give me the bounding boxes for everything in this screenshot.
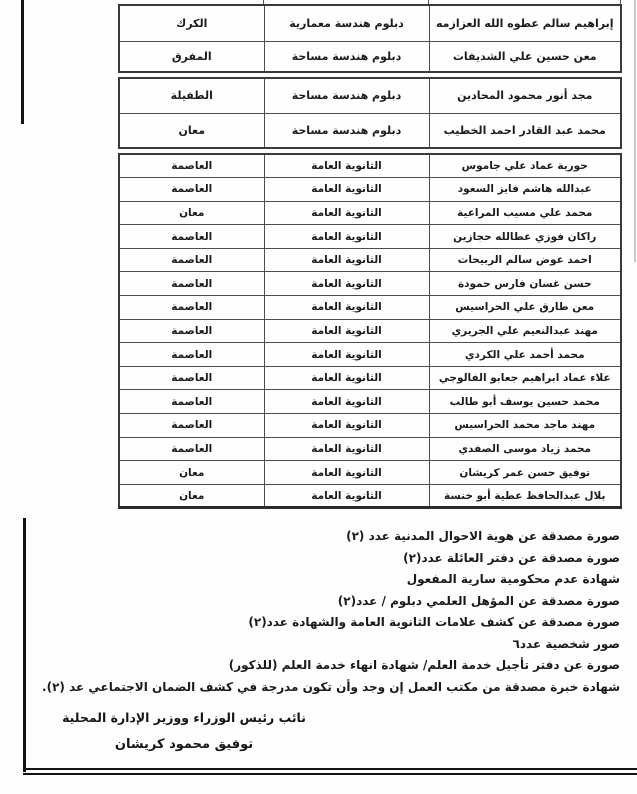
table-row: علاء عماد ابراهيم جعابو الفالوجي الثانوي…	[119, 366, 621, 390]
name-cell: مهند ماجد محمد الحراسيس	[429, 414, 621, 438]
qualification-cell: الثانوية العامة	[264, 296, 429, 320]
name-cell: محمد عبد القادر احمد الخطيب	[429, 113, 621, 148]
table-row: احمد عوض سالم الربيحات الثانوية العامة ا…	[119, 248, 621, 272]
table-row: بلال عبدالحافظ عطية أبو خنسة الثانوية ال…	[119, 484, 621, 508]
table-row: إبراهيم سالم عطوه الله العزازمه دبلوم هن…	[119, 5, 621, 41]
table-row: راكان فوزي عطالله حجازين الثانوية العامة…	[119, 225, 621, 249]
qualification-cell: الثانوية العامة	[264, 414, 429, 438]
requirement-item: صورة مصدقة عن المؤهل العلمي دبلوم / عدد(…	[30, 591, 620, 613]
table-row: معن حسين علي الشديفات دبلوم هندسة مساحة …	[119, 41, 621, 72]
name-cell: محمد حسين يوسف أبو طالب	[429, 390, 621, 414]
page-border-bottom-line-1	[23, 768, 637, 770]
qualification-cell: الثانوية العامة	[264, 319, 429, 343]
qualification-cell: الثانوية العامة	[264, 461, 429, 485]
name-cell: معن حسين علي الشديفات	[429, 41, 621, 72]
name-cell: مهند عبدالنعيم علي الجريري	[429, 319, 621, 343]
page-edge-shadow	[634, 0, 636, 262]
name-cell: توفيق حسن عمر كريشان	[429, 461, 621, 485]
name-cell: حورية عماد علي جاموس	[429, 154, 621, 178]
signature-block: نائب رئيس الوزراء ووزير الإدارة المحلية …	[28, 709, 340, 754]
requirement-item: صورة عن دفتر تأجيل خدمة العلم/ شهادة انه…	[30, 655, 620, 677]
governorate-cell: العاصمة	[119, 225, 264, 249]
governorate-cell: العاصمة	[119, 154, 264, 178]
qualification-cell: الثانوية العامة	[264, 154, 429, 178]
governorate-cell: العاصمة	[119, 343, 264, 367]
table-row: محمد عبد القادر احمد الخطيب دبلوم هندسة …	[119, 113, 621, 148]
page-border-left-bottom	[23, 518, 26, 772]
requirement-item: شهادة خبرة مصدقة من مكتب العمل إن وجد وأ…	[30, 677, 620, 699]
governorate-cell: العاصمة	[119, 437, 264, 461]
governorate-cell: معان	[119, 484, 264, 508]
qualification-cell: الثانوية العامة	[264, 343, 429, 367]
qualification-cell: الثانوية العامة	[264, 248, 429, 272]
table-row: معن طارق علي الحراسيس الثانوية العامة ال…	[119, 296, 621, 320]
name-cell: محمد زياد موسى الصفدي	[429, 437, 621, 461]
applicants-table-segment-1: إبراهيم سالم عطوه الله العزازمه دبلوم هن…	[118, 4, 622, 73]
governorate-cell: معان	[119, 113, 264, 148]
qualification-cell: الثانوية العامة	[264, 366, 429, 390]
name-cell: بلال عبدالحافظ عطية أبو خنسة	[429, 484, 621, 508]
table-row: محمد علي مسيب المراعية الثانوية العامة م…	[119, 201, 621, 225]
qualification-cell: الثانوية العامة	[264, 484, 429, 508]
name-cell: إبراهيم سالم عطوه الله العزازمه	[429, 5, 621, 41]
page-border-bottom-line-2	[23, 773, 637, 775]
governorate-cell: العاصمة	[119, 390, 264, 414]
table-row: توفيق حسن عمر كريشان الثانوية العامة معا…	[119, 461, 621, 485]
name-cell: عبدالله هاشم فايز السعود	[429, 178, 621, 202]
qualification-cell: دبلوم هندسة مساحة	[264, 41, 429, 72]
qualification-cell: دبلوم هندسة مساحة	[264, 78, 429, 113]
document-page: إبراهيم سالم عطوه الله العزازمه دبلوم هن…	[0, 0, 637, 794]
applicants-table-segment-3: حورية عماد علي جاموس الثانوية العامة الع…	[118, 153, 622, 509]
governorate-cell: معان	[119, 201, 264, 225]
table-row: محمد زياد موسى الصفدي الثانوية العامة ال…	[119, 437, 621, 461]
requirement-item: صورة مصدقة عن هوية الاحوال المدنية عدد (…	[30, 526, 620, 548]
requirement-item: صور شخصية عدد٦	[30, 634, 620, 656]
qualification-cell: الثانوية العامة	[264, 201, 429, 225]
requirement-item: صورة مصدقة عن دفتر العائلة عدد(٢)	[30, 548, 620, 570]
name-cell: راكان فوزي عطالله حجازين	[429, 225, 621, 249]
governorate-cell: العاصمة	[119, 414, 264, 438]
qualification-cell: الثانوية العامة	[264, 272, 429, 296]
page-border-left-top	[21, 0, 24, 124]
name-cell: محمد أحمد علي الكردي	[429, 343, 621, 367]
table-row: محمد أحمد علي الكردي الثانوية العامة الع…	[119, 343, 621, 367]
governorate-cell: العاصمة	[119, 178, 264, 202]
signatory-title: نائب رئيس الوزراء ووزير الإدارة المحلية	[28, 709, 340, 727]
qualification-cell: الثانوية العامة	[264, 437, 429, 461]
table-row: حورية عماد علي جاموس الثانوية العامة الع…	[119, 154, 621, 178]
governorate-cell: العاصمة	[119, 319, 264, 343]
name-cell: مجد أنور محمود المحادين	[429, 78, 621, 113]
governorate-cell: العاصمة	[119, 248, 264, 272]
governorate-cell: العاصمة	[119, 366, 264, 390]
governorate-cell: معان	[119, 461, 264, 485]
name-cell: حسن غسان فارس حمودة	[429, 272, 621, 296]
qualification-cell: دبلوم هندسة معمارية	[264, 5, 429, 41]
applicants-table-segment-2: مجد أنور محمود المحادين دبلوم هندسة مساح…	[118, 77, 622, 149]
qualification-cell: الثانوية العامة	[264, 390, 429, 414]
name-cell: معن طارق علي الحراسيس	[429, 296, 621, 320]
qualification-cell: دبلوم هندسة مساحة	[264, 113, 429, 148]
qualification-cell: الثانوية العامة	[264, 225, 429, 249]
signatory-name: توفيق محمود كريشان	[28, 736, 340, 754]
required-documents-list: صورة مصدقة عن هوية الاحوال المدنية عدد (…	[30, 526, 620, 698]
governorate-cell: العاصمة	[119, 296, 264, 320]
name-cell: محمد علي مسيب المراعية	[429, 201, 621, 225]
table-row: مجد أنور محمود المحادين دبلوم هندسة مساح…	[119, 78, 621, 113]
table-row: حسن غسان فارس حمودة الثانوية العامة العا…	[119, 272, 621, 296]
table-row: محمد حسين يوسف أبو طالب الثانوية العامة …	[119, 390, 621, 414]
governorate-cell: الطفيلة	[119, 78, 264, 113]
table-row: مهند عبدالنعيم علي الجريري الثانوية العا…	[119, 319, 621, 343]
governorate-cell: العاصمة	[119, 272, 264, 296]
qualification-cell: الثانوية العامة	[264, 178, 429, 202]
name-cell: احمد عوض سالم الربيحات	[429, 248, 621, 272]
requirement-item: شهادة عدم محكومية سارية المفعول	[30, 569, 620, 591]
requirement-item: صورة مصدقة عن كشف علامات الثانوية العامة…	[30, 612, 620, 634]
governorate-cell: المفرق	[119, 41, 264, 72]
table-row: مهند ماجد محمد الحراسيس الثانوية العامة …	[119, 414, 621, 438]
table-row: عبدالله هاشم فايز السعود الثانوية العامة…	[119, 178, 621, 202]
governorate-cell: الكرك	[119, 5, 264, 41]
name-cell: علاء عماد ابراهيم جعابو الفالوجي	[429, 366, 621, 390]
